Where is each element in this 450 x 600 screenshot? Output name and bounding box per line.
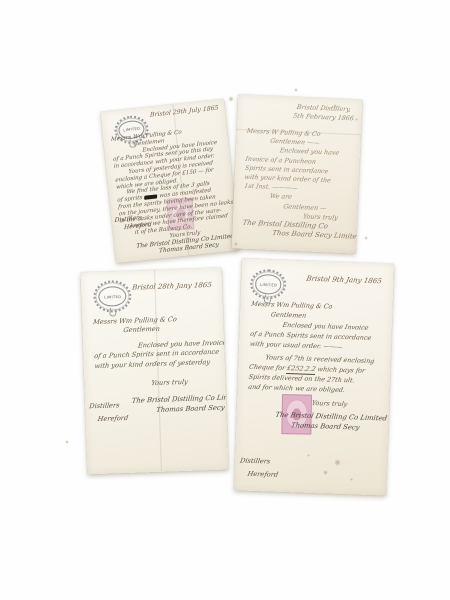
- letter-bottom-right: LIMITED Bristol 9th Jany 1865 Messrs Wm …: [234, 258, 394, 495]
- foxing-spot: [333, 104, 337, 108]
- photo-of-letters: { "photo_meta": { "scene": "Photograph o…: [0, 0, 450, 600]
- letter-salutation: Gentlemen: [123, 323, 219, 336]
- foxing-spot: [350, 478, 353, 481]
- crest-ring: LIMITED: [254, 274, 282, 294]
- letter-body: Messrs Wm Pulling & Co Gentlemen Enclose…: [110, 124, 240, 259]
- letter-closing: Yours truly: [311, 398, 394, 411]
- recipient-note: Distillers Hereford: [236, 455, 281, 482]
- letter-date: Bristol 28th Jany 1865: [132, 281, 213, 292]
- foxing-spot: [65, 440, 69, 444]
- foxing-spot: [355, 118, 358, 121]
- letter-top-right: Bristol Distillery, 5th February 1866 Me…: [232, 94, 363, 253]
- foxing-spot: [323, 470, 328, 475]
- crest-label: LIMITED: [104, 294, 121, 299]
- letter-body: Messrs Wm Pulling & Co Gentlemen Enclose…: [246, 299, 394, 434]
- company-crest-seal: LIMITED: [93, 280, 132, 313]
- foxing-spot: [334, 459, 341, 466]
- letter-closing: Yours truly: [151, 377, 221, 389]
- foxing-spot: [228, 96, 234, 102]
- recipient-note-line: Hereford: [246, 468, 279, 482]
- letter-date: Bristol 9th Jany 1865: [305, 275, 382, 286]
- cheque-prefix: Cheque for: [248, 363, 288, 372]
- secretary-signature: Thos Board Secy Limited: [271, 229, 353, 242]
- company-crest-seal: LIMITED: [250, 269, 287, 300]
- letter-bottom-left: LIMITED Bristol 28th Jany 1865 Messrs Wm…: [81, 268, 229, 475]
- crest-label: LIMITED: [123, 127, 140, 133]
- secretary-signature: Thomas Board Secy: [156, 404, 222, 416]
- ink-blot: [144, 194, 157, 199]
- foxing-spot: [294, 88, 298, 92]
- letter-dateline: Bristol Distillery, 5th February 1866: [293, 103, 354, 123]
- recipient-note-line: Distillers: [239, 455, 282, 469]
- letter-date: Bristol 29th July 1865: [150, 104, 219, 118]
- crest-label: LIMITED: [260, 282, 277, 287]
- foxing-spot: [364, 236, 368, 240]
- recipient-note: Distillers Hereford: [87, 399, 131, 427]
- foxing-spot: [307, 454, 310, 457]
- crest-ring: LIMITED: [98, 286, 127, 307]
- letter-body: Messrs W Pulling & Co Gentlemen —— Enclo…: [241, 127, 356, 242]
- letter-top-left: LIMITED Bristol 29th July 1865 Messrs Wm…: [100, 99, 239, 263]
- foxing-spot: [234, 242, 238, 246]
- recipient-note-line: Hereford: [97, 412, 129, 426]
